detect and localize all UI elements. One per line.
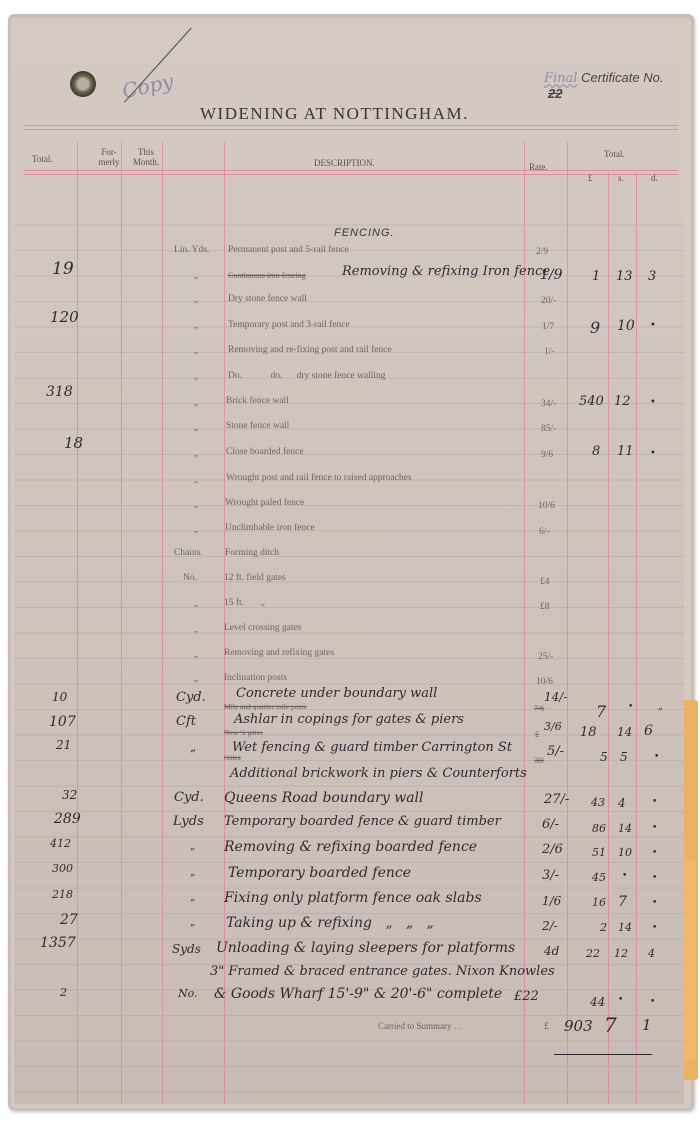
row-unit: „ bbox=[194, 475, 198, 485]
header-bottom-rule bbox=[24, 170, 678, 175]
hw-description: Concrete under boundary wall bbox=[236, 686, 437, 701]
page-title: WIDENING AT NOTTINGHAM. bbox=[200, 104, 469, 124]
row-unit: „ bbox=[194, 449, 198, 459]
hw-struck-print: Stiles bbox=[224, 753, 241, 762]
row-description: Stone fence wall bbox=[226, 421, 289, 431]
row-rate: 85/- bbox=[541, 424, 556, 434]
hw-rate: £22 bbox=[514, 989, 539, 1004]
hw-total: 27 bbox=[60, 912, 78, 928]
hw-rate: 2/- bbox=[542, 919, 558, 933]
header-formerly: For-merly bbox=[94, 147, 124, 167]
hw-rate: 3/- bbox=[542, 868, 559, 883]
row-unit: „ bbox=[194, 372, 198, 382]
row-description: Inclination posts bbox=[224, 673, 287, 683]
row-unit: „ bbox=[194, 500, 198, 510]
hw-pounds: 5 bbox=[600, 750, 608, 764]
header-total-money: Total. bbox=[604, 149, 625, 159]
hw-description: & Goods Wharf 15'-9" & 20'-6" complete bbox=[214, 986, 502, 1002]
hw-rate: 1/6 bbox=[542, 894, 561, 908]
row-unit: Lin. Yds. bbox=[174, 245, 209, 255]
summary-underline bbox=[554, 1054, 652, 1055]
hw-old-rate: 30/ bbox=[534, 756, 544, 765]
row-rate: 2/9 bbox=[536, 247, 548, 257]
hw-description: Unloading & laying sleepers for platform… bbox=[216, 940, 515, 956]
hw-rate: 6/- bbox=[542, 817, 559, 832]
hw-pounds: 7 bbox=[596, 702, 606, 721]
row-unit: „ bbox=[194, 295, 198, 305]
hw-pence: • bbox=[652, 923, 657, 933]
header-rate: Rate. bbox=[529, 162, 548, 172]
row-rate: 1/7 bbox=[542, 322, 554, 332]
row-description: Dry stone fence wall bbox=[228, 294, 307, 304]
column-rule bbox=[524, 142, 525, 1104]
row-unit: „ bbox=[194, 346, 198, 356]
hw-rate: 2/6 bbox=[542, 842, 563, 857]
hw-shillings: 14 bbox=[618, 822, 632, 835]
hw-shillings: 14 bbox=[617, 725, 632, 739]
hw-pence: • bbox=[652, 848, 657, 858]
entry-pounds: 540 bbox=[579, 394, 604, 409]
hw-description: Queens Road boundary wall bbox=[224, 790, 424, 806]
certificate-text: Certificate No. bbox=[581, 70, 663, 85]
section-heading: FENCING. bbox=[334, 227, 395, 239]
row-description: Do. do. dry stone fence walling bbox=[228, 371, 386, 381]
hw-rate: 14/- bbox=[544, 690, 567, 704]
row-description: Permanent post and 5-rail fence bbox=[228, 245, 349, 255]
hw-pounds: 44 bbox=[590, 995, 605, 1009]
binder-eyelet-icon bbox=[70, 71, 96, 97]
hw-description: 3" Framed & braced entrance gates. Nixon… bbox=[210, 964, 555, 979]
row-rate: £4 bbox=[540, 577, 550, 587]
row-unit: „ bbox=[194, 525, 198, 535]
row-rate: 25/- bbox=[538, 652, 553, 662]
hw-pence: „ bbox=[658, 702, 663, 712]
hw-total: 107 bbox=[49, 714, 76, 730]
entry-pence: • bbox=[650, 320, 656, 331]
header-this-month: This Month. bbox=[132, 147, 160, 167]
certificate-label: Final Certificate No. 22 bbox=[544, 70, 684, 101]
hw-description: Fixing only platform fence oak slabs bbox=[224, 890, 482, 906]
column-rule bbox=[608, 172, 609, 1104]
hw-total: 289 bbox=[54, 811, 81, 827]
hw-unit: Lyds bbox=[173, 814, 204, 829]
row-unit: „ bbox=[194, 650, 198, 660]
hw-pence: • bbox=[652, 797, 657, 807]
entry-total: 120 bbox=[50, 308, 79, 326]
hw-total: 412 bbox=[50, 837, 71, 850]
hw-pounds: 18 bbox=[580, 725, 597, 740]
hw-shillings: 4 bbox=[618, 796, 626, 810]
hw-pounds: 16 bbox=[592, 896, 606, 909]
row-description: 15 ft. „ bbox=[224, 598, 265, 608]
row-rate: 10/6 bbox=[536, 677, 553, 687]
row-description: Brick fence wall bbox=[226, 396, 289, 406]
row-rate: 1/- bbox=[544, 347, 555, 357]
row-unit: „ bbox=[194, 321, 198, 331]
column-rule bbox=[77, 142, 78, 1104]
entry-total: 18 bbox=[64, 434, 83, 452]
hw-pence: • bbox=[652, 873, 657, 883]
entry-total: 318 bbox=[46, 384, 73, 400]
row-description: Wrought paled fence bbox=[225, 498, 304, 508]
row-unit: „ bbox=[194, 599, 198, 609]
entry-total: 19 bbox=[52, 259, 74, 279]
entry-rate: 1/9 bbox=[540, 267, 563, 283]
summary-label: Carried to Summary ... bbox=[378, 1021, 464, 1031]
header-pounds: £ bbox=[588, 173, 593, 183]
hw-total: 32 bbox=[62, 788, 77, 802]
hw-pounds: 22 bbox=[586, 947, 600, 960]
hw-struck-print: New ¼ gates bbox=[224, 728, 263, 737]
row-description: Temporary post and 3-rail fence bbox=[228, 320, 350, 330]
header-top-rule bbox=[24, 125, 678, 130]
hw-total: 300 bbox=[52, 862, 73, 875]
row-unit: No. bbox=[183, 573, 197, 583]
hw-shillings: • bbox=[628, 702, 633, 712]
entry-pounds: 8 bbox=[592, 444, 600, 459]
hw-shillings: 14 bbox=[618, 921, 632, 934]
entry-pounds: 1 bbox=[592, 269, 600, 284]
hw-description: Taking up & refixing „ „ „ bbox=[226, 915, 434, 931]
hw-pence: 4 bbox=[648, 947, 655, 960]
entry-description: Removing & refixing Iron fence bbox=[342, 264, 550, 279]
header-description: DESCRIPTION. bbox=[314, 158, 375, 168]
hw-pence: • bbox=[650, 997, 655, 1007]
hw-description: Temporary boarded fence & guard timber bbox=[224, 814, 501, 829]
summary-currency: £ bbox=[544, 1021, 549, 1032]
row-description: Level crossing gates bbox=[224, 623, 302, 633]
row-rate: 9/6 bbox=[541, 450, 553, 460]
column-rule bbox=[162, 142, 163, 1104]
row-unit: „ bbox=[194, 398, 198, 408]
hw-shillings: 10 bbox=[618, 846, 632, 859]
column-rule bbox=[567, 142, 568, 1104]
hw-unit: Cyd. bbox=[176, 690, 206, 705]
summary-label-text: Carried to Summary bbox=[378, 1021, 452, 1031]
hw-description: Additional brickwork in piers & Counterf… bbox=[230, 766, 527, 781]
row-description: 12 ft. field gates bbox=[224, 573, 286, 583]
hw-struck-print: Mile and quarter mile posts bbox=[224, 702, 306, 711]
hw-shillings: 5 bbox=[620, 750, 628, 764]
hw-pounds: 45 bbox=[592, 871, 606, 884]
header-pence: d. bbox=[651, 173, 658, 183]
hw-rate: 4d bbox=[544, 944, 559, 958]
row-unit: „ bbox=[194, 423, 198, 433]
ledger-page: Copy Final Certificate No. 22 WIDENING A… bbox=[14, 22, 684, 1104]
hw-shillings: 12 bbox=[614, 947, 628, 960]
row-rate: 34/- bbox=[541, 399, 556, 409]
hw-pence: • bbox=[652, 823, 657, 833]
hw-old-rate: £ bbox=[535, 730, 539, 739]
hw-unit: „ bbox=[190, 917, 195, 928]
column-rule bbox=[636, 172, 637, 1104]
final-annotation: Final bbox=[544, 71, 577, 86]
summary-pence: 1 bbox=[642, 1016, 652, 1034]
hw-pounds: 2 bbox=[600, 921, 607, 934]
entry-pounds: 9 bbox=[590, 318, 600, 337]
row-unit: „ bbox=[194, 674, 198, 684]
hw-shillings: 7 bbox=[618, 894, 627, 910]
entry-pence: • bbox=[650, 397, 656, 408]
hw-unit: Cft bbox=[176, 714, 196, 729]
hw-description: Ashlar in copings for gates & piers bbox=[234, 712, 464, 727]
hw-rate: 27/- bbox=[544, 792, 569, 807]
row-description: Unclimbable iron fence bbox=[225, 523, 315, 533]
hw-total: 1357 bbox=[40, 935, 76, 951]
hw-pounds: 43 bbox=[591, 796, 605, 809]
hw-unit: „ bbox=[190, 892, 195, 903]
hw-pence: 6 bbox=[644, 723, 653, 739]
header-total: Total. bbox=[32, 154, 53, 164]
entry-shillings: 11 bbox=[617, 444, 634, 459]
hw-total: 10 bbox=[52, 690, 67, 704]
entry-shillings: 10 bbox=[617, 318, 635, 334]
hw-unit: „ bbox=[190, 867, 195, 878]
row-rate: 10/6 bbox=[538, 501, 555, 511]
hw-unit: Syds bbox=[172, 942, 201, 956]
hw-description: Wet fencing & guard timber Carrington St bbox=[232, 740, 512, 755]
hw-total: 2 bbox=[60, 986, 67, 999]
summary-shillings: 7 bbox=[604, 1013, 617, 1037]
column-rule bbox=[121, 142, 122, 1104]
hw-unit: Cyd. bbox=[174, 790, 204, 805]
hw-rate: 3/6 bbox=[544, 720, 562, 733]
hw-shillings: • bbox=[618, 995, 623, 1005]
hw-description: Temporary boarded fence bbox=[228, 865, 411, 881]
row-rate: £8 bbox=[540, 602, 550, 612]
row-description: Removing and refixing gates bbox=[224, 648, 334, 658]
row-description: Close boarded fence bbox=[226, 447, 304, 457]
entry-pence: • bbox=[650, 448, 656, 459]
row-description: Removing and re-fixing post and rail fen… bbox=[228, 345, 392, 355]
hw-total: 218 bbox=[52, 888, 73, 901]
row-description-struck: Continuous iron fencing bbox=[228, 271, 306, 280]
hw-total: 21 bbox=[56, 738, 71, 752]
hw-pence: • bbox=[652, 898, 657, 908]
hw-unit: „ bbox=[190, 740, 196, 754]
hw-pence: • bbox=[654, 752, 659, 762]
certificate-number: 22 bbox=[548, 86, 562, 101]
hw-unit: „ bbox=[190, 841, 195, 852]
summary-pounds: 903 bbox=[564, 1017, 593, 1035]
hw-pounds: 86 bbox=[592, 822, 606, 835]
hw-pounds: 51 bbox=[592, 846, 606, 859]
row-unit: Chains. bbox=[174, 548, 203, 558]
hw-shillings: • bbox=[622, 871, 627, 881]
row-description: Wrought post and rail fence to raised ap… bbox=[226, 473, 412, 483]
entry-shillings: 13 bbox=[616, 269, 633, 284]
hw-description: Removing & refixing boarded fence bbox=[224, 839, 477, 855]
row-rate: 20/- bbox=[541, 296, 556, 306]
row-rate: 6/- bbox=[539, 527, 550, 537]
hw-old-rate: 7/6 bbox=[534, 704, 544, 713]
header-shillings: s. bbox=[618, 173, 624, 183]
hw-rate: 5/- bbox=[547, 744, 564, 759]
entry-shillings: 12 bbox=[614, 394, 631, 409]
row-unit: „ bbox=[194, 625, 198, 635]
row-unit: „ bbox=[194, 271, 198, 281]
hw-unit: No. bbox=[178, 987, 198, 1000]
row-description: Forming ditch bbox=[225, 548, 279, 558]
entry-pence: 3 bbox=[648, 269, 656, 284]
